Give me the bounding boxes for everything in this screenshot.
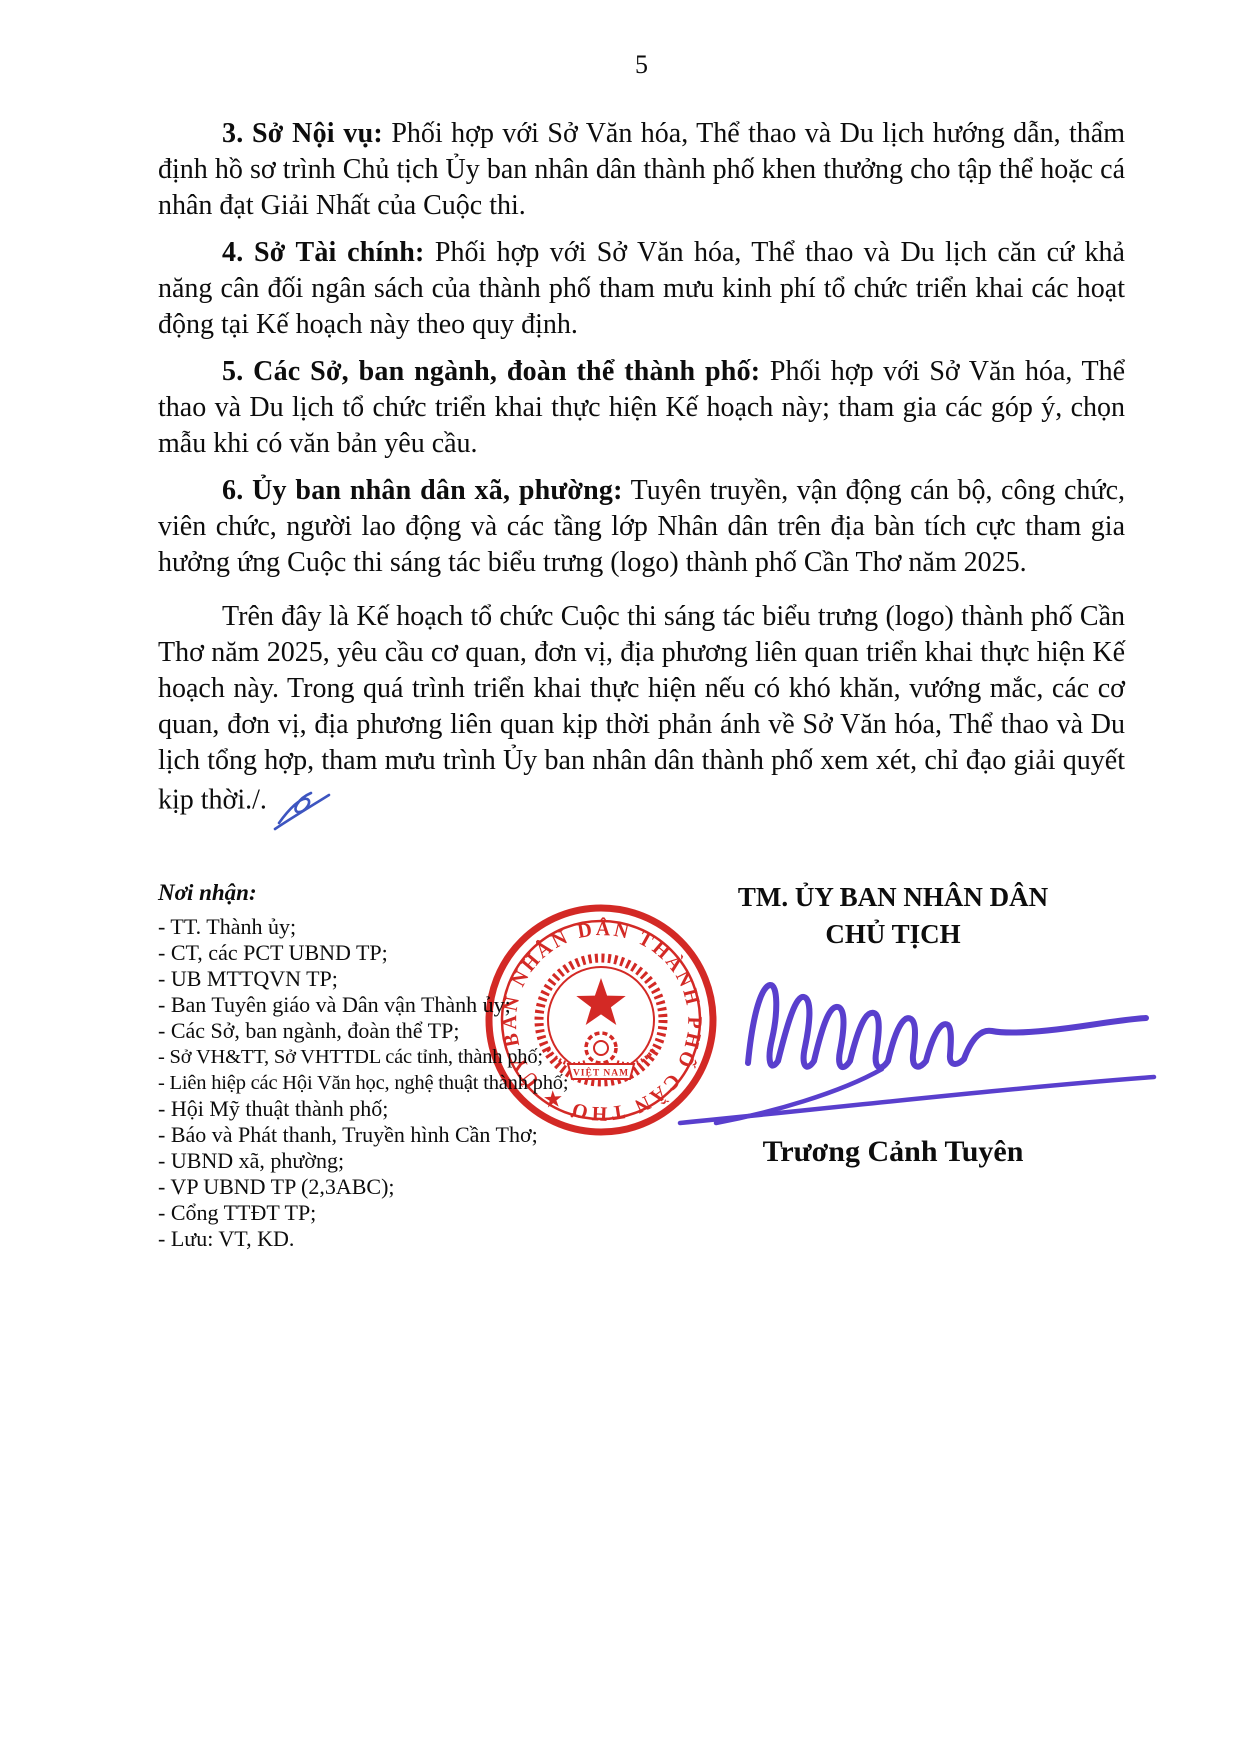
emblem-gear-hub <box>594 1041 608 1055</box>
paragraph-6: 6. Ủy ban nhân dân xã, phường: Tuyên tru… <box>158 473 1125 581</box>
national-emblem-star-icon <box>576 978 625 1025</box>
paragraph-5-label: 5. Các Sở, ban ngành, đoàn thể thành phố… <box>222 356 760 387</box>
paragraph-3-label: 3. Sở Nội vụ: <box>222 118 383 149</box>
paragraph-3: 3. Sở Nội vụ: Phối hợp với Sở Văn hóa, T… <box>158 116 1125 224</box>
document-page: 5 3. Sở Nội vụ: Phối hợp với Sở Văn hóa,… <box>0 0 1241 1755</box>
closing-text: Trên đây là Kế hoạch tổ chức Cuộc thi sá… <box>158 601 1125 815</box>
paragraph-5: 5. Các Sở, ban ngành, đoàn thể thành phố… <box>158 354 1125 462</box>
recipient-item: - VP UBND TP (2,3ABC); <box>158 1174 638 1200</box>
paragraph-4: 4. Sở Tài chính: Phối hợp với Sở Văn hóa… <box>158 235 1125 343</box>
page-number: 5 <box>158 50 1125 80</box>
authority-line-2: CHỦ TỊCH <box>673 916 1113 953</box>
paragraph-4-label: 4. Sở Tài chính: <box>222 237 425 268</box>
recipient-item: - UBND xã, phường; <box>158 1148 638 1174</box>
paragraph-6-label: 6. Ủy ban nhân dân xã, phường: <box>222 475 623 506</box>
recipient-item: - Cổng TTĐT TP; <box>158 1200 638 1226</box>
pen-flourish-icon <box>273 785 333 831</box>
authority-line-1: TM. ỦY BAN NHÂN DÂN <box>673 879 1113 916</box>
recipient-item: - Lưu: VT, KD. <box>158 1226 638 1252</box>
signer-name: Trương Cảnh Tuyên <box>673 1135 1113 1169</box>
signature-ink <box>620 961 1165 1136</box>
signature-block: Nơi nhận: - TT. Thành ủy; - CT, các PCT … <box>158 879 1125 1379</box>
document-body: 5 3. Sở Nội vụ: Phối hợp với Sở Văn hóa,… <box>158 0 1125 1379</box>
emblem-gear <box>586 1033 616 1063</box>
closing-paragraph: Trên đây là Kế hoạch tổ chức Cuộc thi sá… <box>158 599 1125 825</box>
